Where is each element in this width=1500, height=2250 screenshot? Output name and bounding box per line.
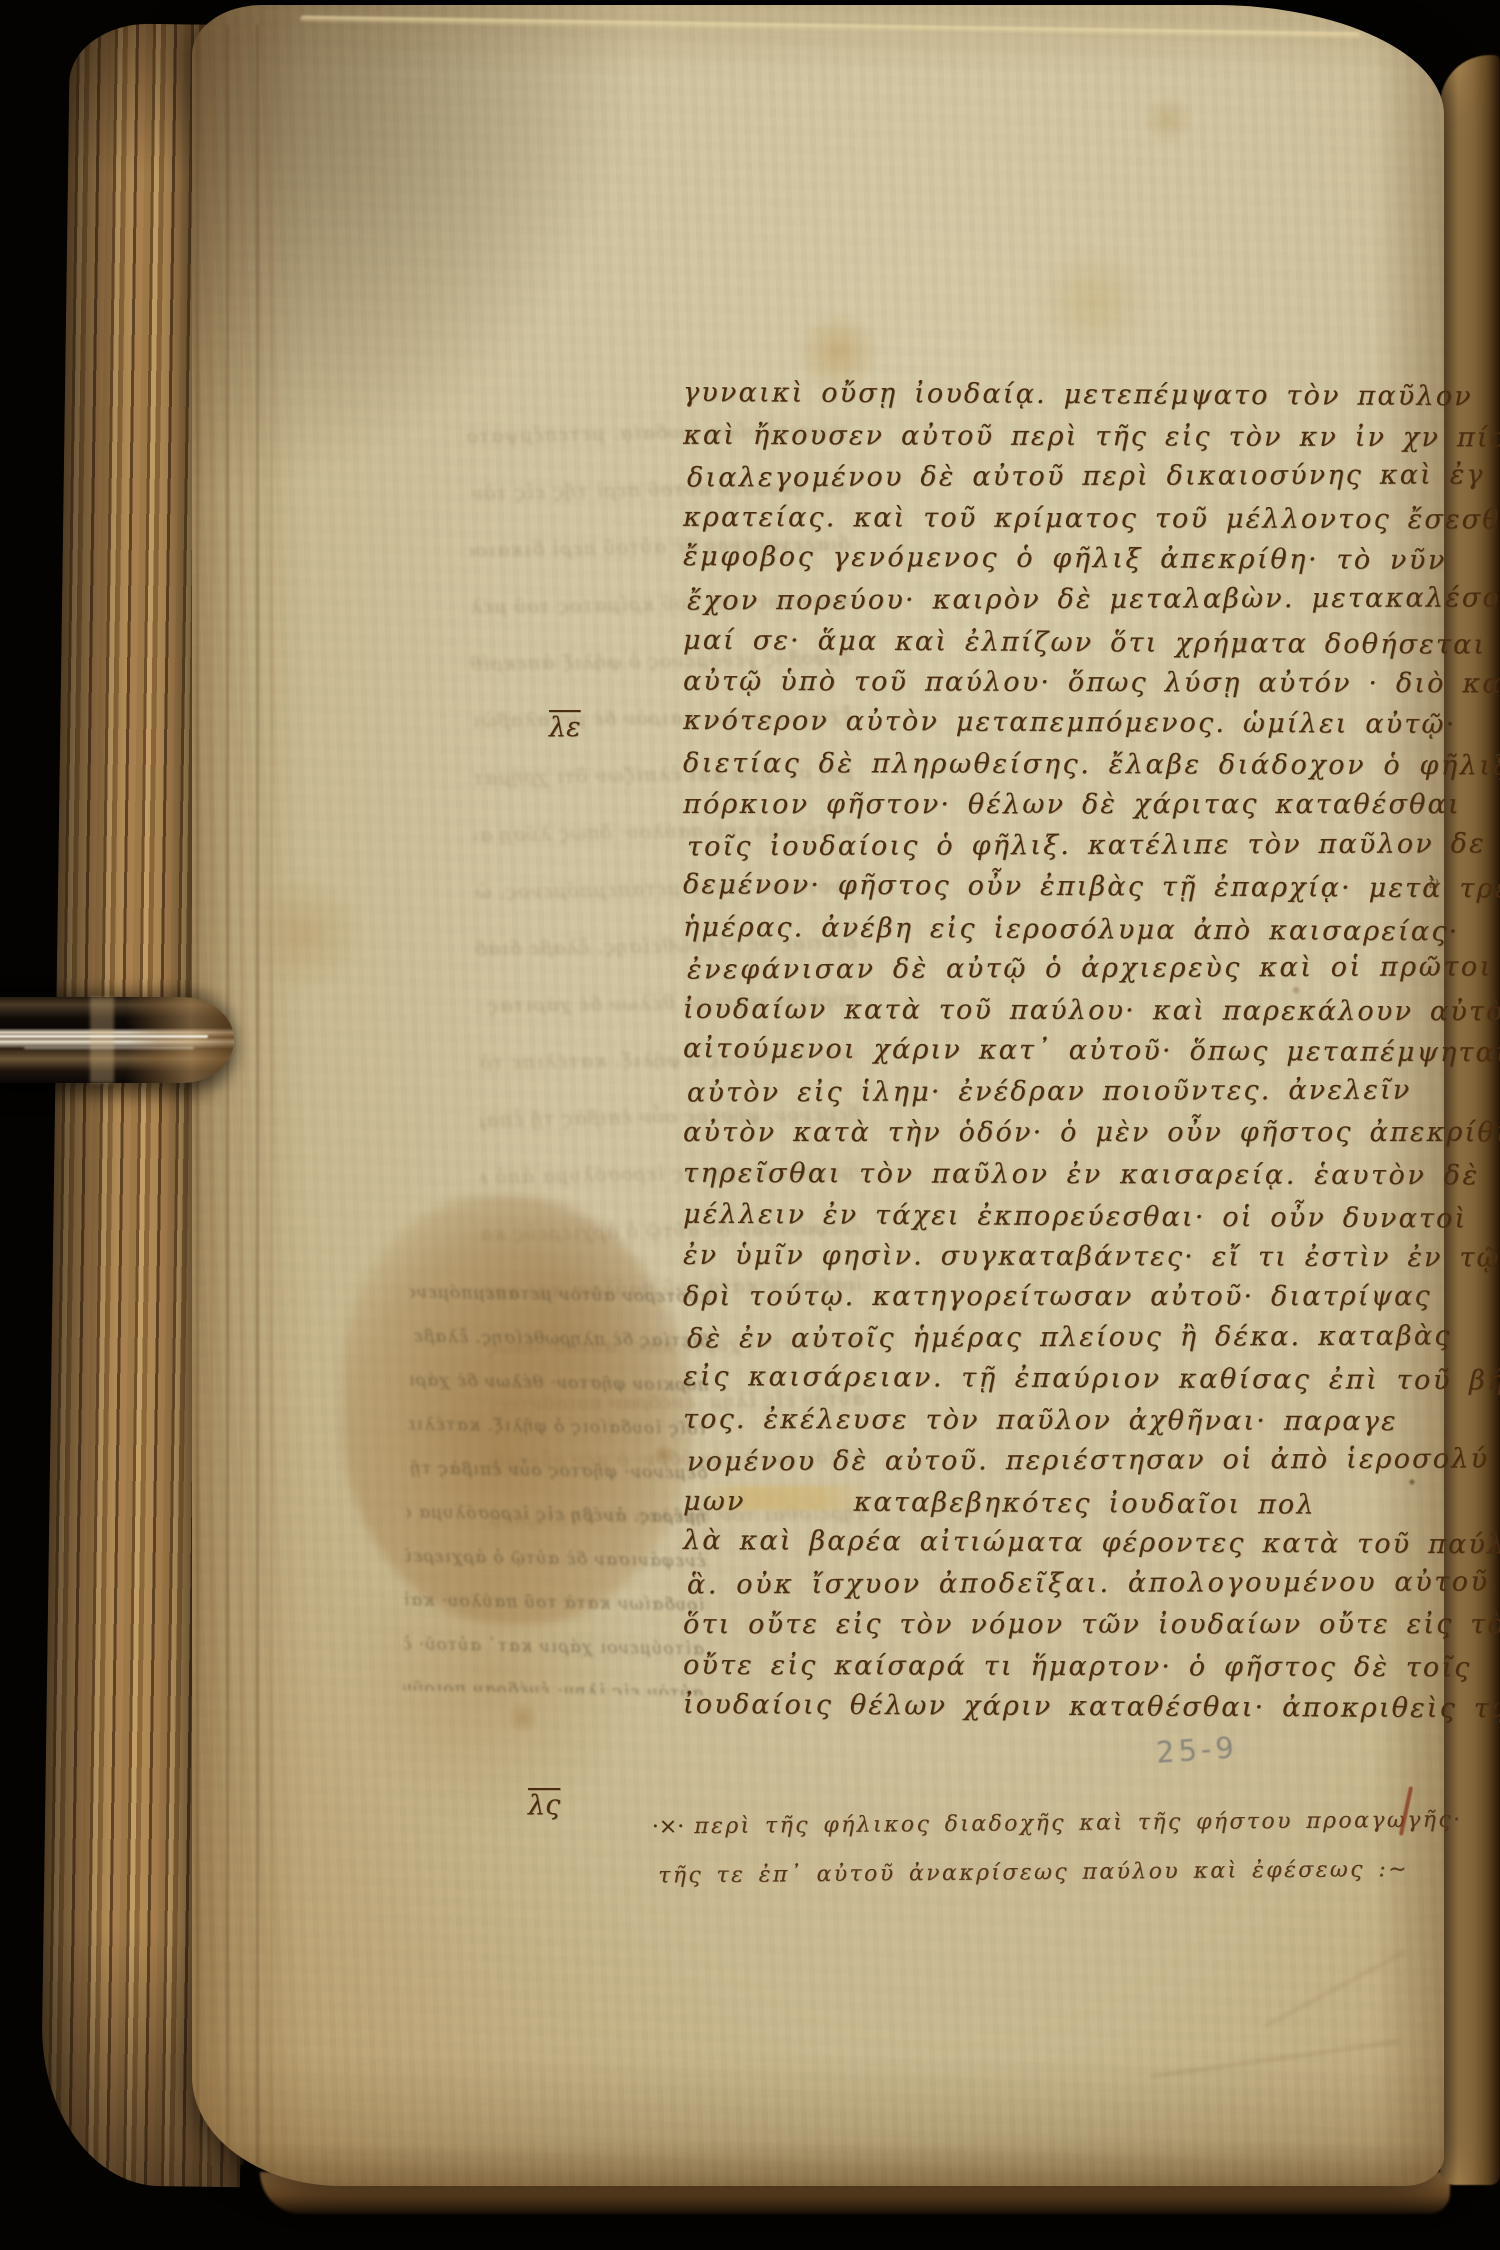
manuscript-line: δρὶ τούτῳ. κατηγορείτωσαν αὐτοῦ· διατρίψ…	[683, 1276, 1433, 1317]
manuscript-line: τος. ἐκέλευσε τὸν παῦλον ἀχθῆναι· παραγε	[683, 1399, 1433, 1442]
manuscript-line: ἔχον πορεύου· καιρὸν δὲ μεταλαβὼν. μετακ…	[687, 578, 1437, 622]
gutter-crease-lines	[196, 25, 281, 2165]
chapter-heading-line-1: ·×·περὶ τῆς φήλικος διαδοχῆς καὶ τῆς φήσ…	[652, 1795, 1462, 1851]
manuscript-line: αὐτῷ ὑπὸ τοῦ παύλου· ὅπως λύσῃ αὐτόν · δ…	[683, 661, 1433, 704]
manuscript-line: κρατείας. καὶ τοῦ κρίματος τοῦ μέλλοντος…	[683, 497, 1433, 540]
chapter-numeral-upper: λε	[549, 712, 581, 743]
manuscript-line: νομένου δὲ αὐτοῦ. περιέστησαν οἱ ἀπὸ ἱερ…	[687, 1439, 1437, 1483]
manuscript-line: ἰουδαίων κατὰ τοῦ παύλου· καὶ παρεκάλουν…	[683, 989, 1433, 1032]
manuscript-line: διαλεγομένου δὲ αὐτοῦ περὶ δικαιοσύνης κ…	[687, 455, 1437, 499]
manuscript-line: εἰς καισάρειαν. τῇ ἐπαύριον καθίσας ἐπὶ …	[683, 1356, 1433, 1401]
manuscript-line: δὲ ἐν αὐτοῖς ἡμέρας πλείους ἢ δέκα. κατα…	[687, 1316, 1437, 1360]
manuscript-line: μαί σε· ἅμα καὶ ἐλπίζων ὅτι χρήματα δοθή…	[683, 620, 1433, 666]
manuscript-line: λὰ καὶ βαρέα αἰτιώματα φέροντες κατὰ τοῦ…	[683, 1520, 1433, 1565]
manuscript-line: μέλλειν ἐν τάχει ἐκπορεύεσθαι· οἱ οὖν δυ…	[683, 1194, 1433, 1240]
manuscript-line: αὐτὸν εἰς ἱλημ· ἐνέδραν ποιοῦντες. ἀνελε…	[687, 1070, 1437, 1114]
erased-gap	[746, 1510, 854, 1511]
manuscript-line: ἐνεφάνισαν δὲ αὐτῷ ὁ ἀρχιερεὺς καὶ οἱ πρ…	[687, 947, 1437, 991]
manuscript-line: τοῖς ἰουδαίοις ὁ φῆλιξ. κατέλιπε τὸν παῦ…	[687, 824, 1437, 868]
manuscript-line: μωνκαταβεβηκότες ἰουδαῖοι πολ	[683, 1481, 1433, 1527]
manuscript-line: ἃ. οὐκ ἴσχυον ἀποδεῖξαι. ἀπολογουμένου α…	[687, 1562, 1437, 1606]
manuscript-line: ἔμφοβος γενόμενος ὁ φῆλιξ ἀπεκρίθη· τὸ ν…	[683, 536, 1433, 581]
manuscript-line: αὐτὸν κατὰ τὴν ὁδόν· ὁ μὲν οὖν φῆστος ἀπ…	[683, 1112, 1433, 1153]
manuscript-line: ἐν ὑμῖν φησὶν. συγκαταβάντες· εἴ τι ἐστὶ…	[683, 1235, 1433, 1278]
manuscript-line: ἰουδαίοις θέλων χάριν καταθέσθαι· ἀποκρι…	[683, 1684, 1433, 1729]
manuscript-line: τηρεῖσθαι τὸν παῦλον ἐν καισαρείᾳ. ἑαυτὸ…	[683, 1153, 1433, 1196]
chapter-heading: ·×·περὶ τῆς φήλικος διαδοχῆς καὶ τῆς φήσ…	[652, 1795, 1463, 1900]
right-margin-mark: ν	[1428, 872, 1439, 893]
glass-weight-rod	[0, 997, 234, 1083]
show-through-text-dark: κνότερον αὐτὸν μεταπεμπόμενος. ὡμίλει αὐ…	[403, 1270, 710, 1695]
manuscript-line: αἰτούμενοι χάριν κατ᾽ αὐτοῦ· ὅπως μεταπέ…	[683, 1028, 1433, 1073]
manuscript-line: καὶ ἤκουσεν αὐτοῦ περὶ τῆς εἰς τὸν κν ἰν…	[683, 415, 1433, 458]
chapter-numeral-upper-label: λε	[549, 712, 581, 743]
chapter-numeral-lower-label: λς	[528, 1790, 560, 1821]
photo-background: γυναικὶ οὔσῃ ἰουδαίᾳ. μετεπέμψατο τὸν πα…	[0, 0, 1500, 2250]
glass-rod-ring	[90, 997, 114, 1083]
main-text-block: γυναικὶ οὔσῃ ἰουδαίᾳ. μετεπέμψατο τὸν πα…	[683, 374, 1433, 1727]
glass-rod-tip	[0, 997, 234, 1083]
manuscript-line: διετίας δὲ πληρωθείσης. ἔλαβε διάδοχον ὁ…	[683, 743, 1433, 786]
cross-icon: ·×·	[652, 1814, 685, 1839]
manuscript-line: δεμένον· φῆστος οὖν ἐπιβὰς τῇ ἐπαρχίᾳ· μ…	[683, 864, 1433, 909]
chapter-heading-text-1: περὶ τῆς φήλικος διαδοχῆς καὶ τῆς φήστου…	[694, 1807, 1462, 1839]
glass-rod-glint	[24, 1047, 194, 1049]
manuscript-line: οὔτε εἰς καίσαρά τι ἥμαρτον· ὁ φῆστος δὲ…	[683, 1645, 1433, 1688]
chapter-numeral-lower: λς	[528, 1790, 560, 1821]
manuscript-line: πόρκιον φῆστον· θέλων δὲ χάριτας καταθέσ…	[683, 784, 1433, 825]
pencil-note: 25-9	[1155, 1730, 1239, 1770]
chapter-heading-line-2: τῆς τε ἐπ᾽ αὐτοῦ ἀνακρίσεως παύλου καὶ ἐ…	[658, 1844, 1462, 1900]
manuscript-line: γυναικὶ οὔσῃ ἰουδαίᾳ. μετεπέμψατο τὸν πα…	[683, 372, 1433, 417]
manuscript-line: ἡμέρας. ἀνέβη εἰς ἱεροσόλυμα ἀπὸ καισαρε…	[683, 907, 1433, 953]
manuscript-line: ὅτι οὔτε εἰς τὸν νόμον τῶν ἰουδαίων οὔτε…	[683, 1604, 1433, 1645]
manuscript-line: κνότερον αὐτὸν μεταπεμπόμενος. ὡμίλει αὐ…	[683, 700, 1433, 745]
glass-rod-glint	[0, 1035, 208, 1038]
